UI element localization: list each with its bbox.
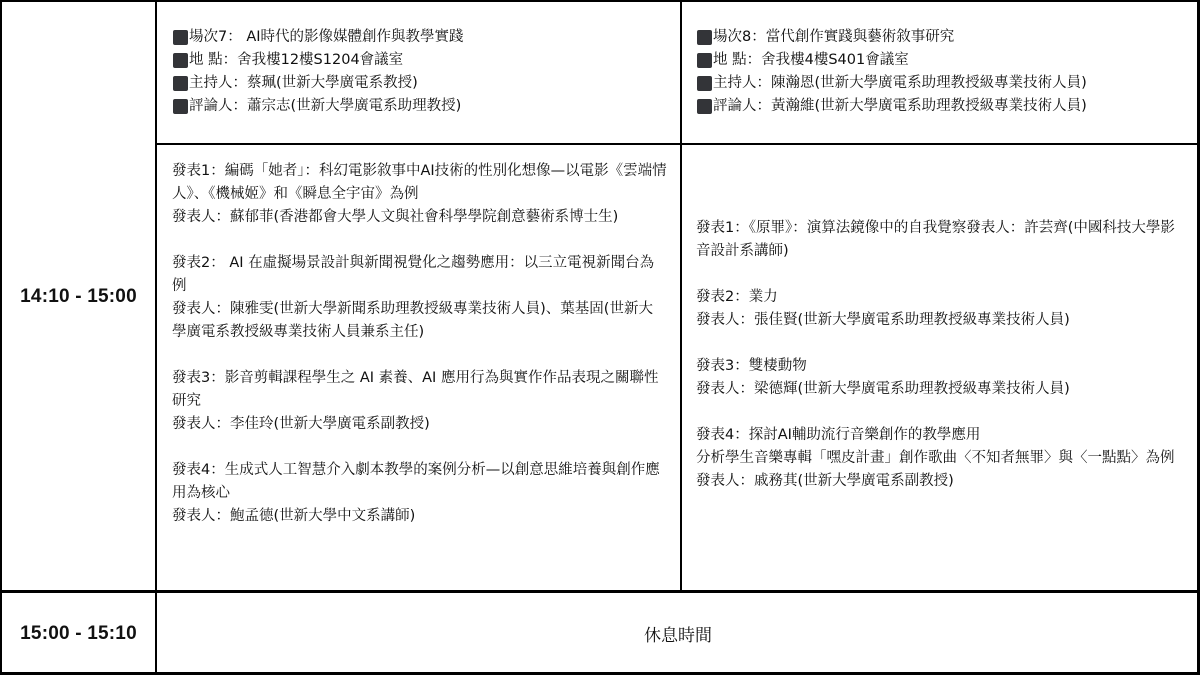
bullet-square-icon	[697, 30, 712, 45]
schedule-table: 14:10 - 15:00 場次7： AI時代的影像媒體創作與教學實踐 地 點：…	[0, 0, 1200, 675]
presentation-title: 發表3：影音剪輯課程學生之 AI 素養、AI 應用行為與實作作品表現之關聯性研究	[172, 367, 667, 413]
bullet-square-icon	[173, 30, 188, 45]
presentation-presenter: 發表人：戚務萁(世新大學廣電系副教授)	[696, 470, 1185, 493]
session-title: 場次7： AI時代的影像媒體創作與教學實踐	[189, 26, 464, 49]
presentation-presenter: 發表人：陳雅雯(世新大學新聞系助理教授級專業技術人員)、葉基固(世新大學廣電系教…	[172, 298, 667, 344]
presentation-item: 發表2： AI 在虛擬場景設計與新聞視覺化之趨勢應用：以三立電視新聞台為例 發表…	[172, 252, 667, 344]
presentation-item: 發表1：編碼「她者」：科幻電影敘事中AI技術的性別化想像—以電影《雲端情人》、《…	[172, 160, 667, 229]
time-slot-break: 15:00 - 15:10	[0, 593, 157, 674]
session-host-row: 主持人：陳瀚恩(世新大學廣電系助理教授級專業技術人員)	[697, 72, 1199, 95]
divider-break-row	[0, 590, 1200, 593]
divider-session-columns	[680, 0, 682, 593]
session-commentator: 評論人：蕭宗志(世新大學廣電系助理教授)	[189, 95, 461, 118]
bullet-square-icon	[173, 76, 188, 91]
session-title-row: 場次7： AI時代的影像媒體創作與教學實踐	[173, 26, 681, 49]
presentation-title: 發表3：雙棲動物	[696, 355, 1185, 378]
divider-time-column	[155, 0, 157, 675]
session-host: 主持人：陳瀚恩(世新大學廣電系助理教授級專業技術人員)	[713, 72, 1087, 95]
time-slot-session: 14:10 - 15:00	[0, 0, 157, 593]
session-8-presentations: 發表1：《原罪》：演算法鏡像中的自我覺察發表人：許芸齊(中國科技大學影音設計系講…	[681, 145, 1199, 593]
session-host-row: 主持人：蔡珮(世新大學廣電系教授)	[173, 72, 681, 95]
presentation-item: 發表3：影音剪輯課程學生之 AI 素養、AI 應用行為與實作作品表現之關聯性研究…	[172, 367, 667, 436]
divider-header-row	[156, 143, 1200, 145]
session-commentator-row: 評論人：蕭宗志(世新大學廣電系助理教授)	[173, 95, 681, 118]
presentation-item: 發表4：探討AI輔助流行音樂創作的教學應用 分析學生音樂專輯「嘿皮計畫」創作歌曲…	[696, 424, 1185, 493]
presentation-presenter: 發表人：李佳玲(世新大學廣電系副教授)	[172, 413, 667, 436]
presentation-presenter: 發表人：張佳賢(世新大學廣電系助理教授級專業技術人員)	[696, 309, 1185, 332]
bullet-square-icon	[173, 99, 188, 114]
break-cell: 休息時間	[157, 593, 1199, 674]
presentation-presenter: 發表人：蘇郁菲(香港都會大學人文與社會科學學院創意藝術系博士生)	[172, 206, 667, 229]
session-title-row: 場次8：當代創作實踐與藝術敘事研究	[697, 26, 1199, 49]
presentation-title: 發表2： AI 在虛擬場景設計與新聞視覺化之趨勢應用：以三立電視新聞台為例	[172, 252, 667, 298]
presentation-item: 發表1：《原罪》：演算法鏡像中的自我覺察發表人：許芸齊(中國科技大學影音設計系講…	[696, 217, 1185, 263]
bullet-square-icon	[697, 53, 712, 68]
session-8-header: 場次8：當代創作實踐與藝術敘事研究 地 點：舍我樓4樓S401會議室 主持人：陳…	[681, 0, 1199, 145]
presentation-subtitle: 分析學生音樂專輯「嘿皮計畫」創作歌曲〈不知者無罪〉與〈一點點〉為例	[696, 447, 1185, 470]
bullet-square-icon	[697, 99, 712, 114]
session-7-header: 場次7： AI時代的影像媒體創作與教學實踐 地 點：舍我樓12樓S1204會議室…	[157, 0, 681, 145]
presentation-presenter: 發表人：鮑孟德(世新大學中文系講師)	[172, 505, 667, 528]
presentation-title: 發表4：生成式人工智慧介入劇本教學的案例分析—以創意思維培養與創作應用為核心	[172, 459, 667, 505]
session-host: 主持人：蔡珮(世新大學廣電系教授)	[189, 72, 418, 95]
presentation-title: 發表1：編碼「她者」：科幻電影敘事中AI技術的性別化想像—以電影《雲端情人》、《…	[172, 160, 667, 206]
presentation-title: 發表1：《原罪》：演算法鏡像中的自我覺察發表人：許芸齊(中國科技大學影音設計系講…	[696, 217, 1185, 263]
session-location-row: 地 點：舍我樓4樓S401會議室	[697, 49, 1199, 72]
session-location: 地 點：舍我樓12樓S1204會議室	[189, 49, 403, 72]
presentation-title: 發表2：業力	[696, 286, 1185, 309]
session-commentator-row: 評論人：黃瀚維(世新大學廣電系助理教授級專業技術人員)	[697, 95, 1199, 118]
presentation-item: 發表3：雙棲動物 發表人：梁德輝(世新大學廣電系助理教授級專業技術人員)	[696, 355, 1185, 401]
time-slot-label: 15:00 - 15:10	[20, 623, 137, 645]
border-top	[0, 0, 1200, 2]
session-commentator: 評論人：黃瀚維(世新大學廣電系助理教授級專業技術人員)	[713, 95, 1087, 118]
session-title: 場次8：當代創作實踐與藝術敘事研究	[713, 26, 954, 49]
session-location-row: 地 點：舍我樓12樓S1204會議室	[173, 49, 681, 72]
session-location: 地 點：舍我樓4樓S401會議室	[713, 49, 909, 72]
border-left	[0, 0, 2, 675]
presentation-item: 發表2：業力 發表人：張佳賢(世新大學廣電系助理教授級專業技術人員)	[696, 286, 1185, 332]
bullet-square-icon	[173, 53, 188, 68]
presentation-item: 發表4：生成式人工智慧介入劇本教學的案例分析—以創意思維培養與創作應用為核心 發…	[172, 459, 667, 528]
session-7-presentations: 發表1：編碼「她者」：科幻電影敘事中AI技術的性別化想像—以電影《雲端情人》、《…	[157, 145, 681, 593]
bullet-square-icon	[697, 76, 712, 91]
presentation-presenter: 發表人：梁德輝(世新大學廣電系助理教授級專業技術人員)	[696, 378, 1185, 401]
presentation-title: 發表4：探討AI輔助流行音樂創作的教學應用	[696, 424, 1185, 447]
break-label: 休息時間	[644, 621, 712, 646]
time-slot-label: 14:10 - 15:00	[20, 286, 137, 308]
